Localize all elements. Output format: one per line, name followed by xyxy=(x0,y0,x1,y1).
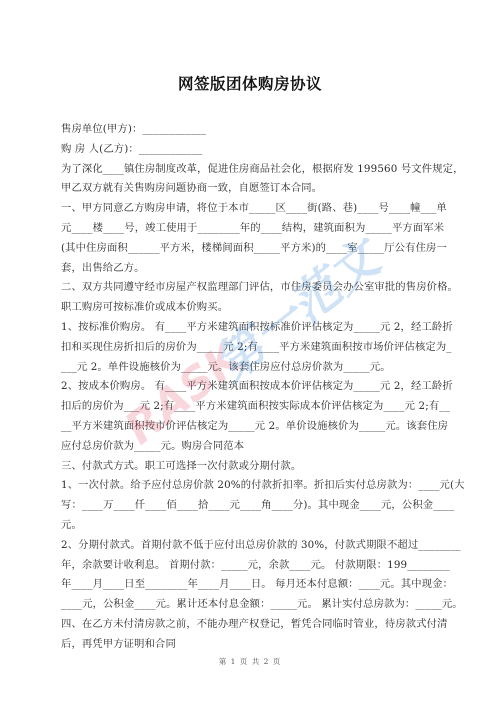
clause-2-1-line: 扣和买现住房折扣后的房价为_____元 2;有____平方米建筑面积按市场价评估… xyxy=(61,338,441,358)
clause-2-line: 二、双方共同遵守经市房屋产权监理部门评估，市住房委员会办公室审批的售房价格。 xyxy=(61,278,441,298)
clause-2-2-line: 扣后的房价为___元 2;有____平方米建筑面积按实际成本价评估核定为____… xyxy=(61,397,441,417)
clause-3-2-line: 年____月____日至________年____月____日。 每月还本付息额… xyxy=(61,575,441,595)
clause-3-line: 三、付款式方式。职工可选择一次付款或分期付款。 xyxy=(61,457,441,477)
clause-1-line: 套，出售给乙方。 xyxy=(61,259,441,279)
page-number: 第 1 页 共 2 页 xyxy=(0,656,500,667)
clause-3-1-line: 1、一次付款。给予应付总房价款 20%的付款折扣率。折扣后实付总房款为：____… xyxy=(61,476,441,496)
clause-1-line: 元____楼____号，竣工使用于________年的____结构，建筑面积为_… xyxy=(61,219,441,239)
party-a-line: 售房单位(甲方)：____________ xyxy=(61,120,441,140)
clause-2-2-line: __平方米建筑面积按市价评估核定为_____元 2。单价设施核价为_____元。… xyxy=(61,417,441,437)
clause-1-line: 一、甲方同意乙方购房申请，将位于本市_____区____街(路、巷)____号_… xyxy=(61,199,441,219)
party-b-line: 购 房 人(乙方)：____________ xyxy=(61,140,441,160)
clause-4-line: 后，再凭甲方证明和合同 xyxy=(61,635,441,655)
clause-2-1-line: ___元 2。单件设施核价为_____元。该套住房应付总房价款为_____元。 xyxy=(61,358,441,378)
clause-1-line: (其中住房面积______平方米，楼梯间面积_____平方米)的____室___… xyxy=(61,239,441,259)
clause-2-2-line: 2、按成本价购房。 有____平方米建筑面积按成本价评估核定为_____元 2，… xyxy=(61,377,441,397)
clause-3-2-line: 年，余款要计收利息。 首期付款：_____元，余款____元。 付款期限：199… xyxy=(61,556,441,576)
clause-3-2-line: 2、分期付款式。首期付款不低于应付出总房价款的 30%，付款式期限不超过____… xyxy=(61,536,441,556)
clause-3-1-line: 元。 xyxy=(61,516,441,536)
preamble-line: 为了深化____镇住房制度改革，促进住房商品社会化，根据府发 199560 号文… xyxy=(61,160,441,180)
preamble-line: 甲乙双方就有关售购房问题协商一致，自愿签订本合同。 xyxy=(61,179,441,199)
clause-2-line: 职工购房可按标准价或成本价购买。 xyxy=(61,298,441,318)
clause-3-2-line: ____元，公积金____元。累计还本付息金额：_____元。 累计实付总房款为… xyxy=(61,595,441,615)
clause-2-2-line: 应付总房价款为_____元。购房合同范本 xyxy=(61,437,441,457)
clause-4-line: 四、在乙方未付清房款之前，不能办理产权登记，暂凭合同临时管业，待房款式付清 xyxy=(61,615,441,635)
document-page: 网签版团体购房协议 售房单位(甲方)：____________ 购 房 人(乙方… xyxy=(0,0,500,706)
document-title: 网签版团体购房协议 xyxy=(0,72,500,94)
clause-3-1-line: 写：____万____仟____佰____拾____元____角____分)。其… xyxy=(61,496,441,516)
document-body: 售房单位(甲方)：____________ 购 房 人(乙方)：________… xyxy=(61,120,441,655)
clause-2-1-line: 1、按标准价购房。 有____平方米建筑面积按标准价评估核定为_____元 2，… xyxy=(61,318,441,338)
